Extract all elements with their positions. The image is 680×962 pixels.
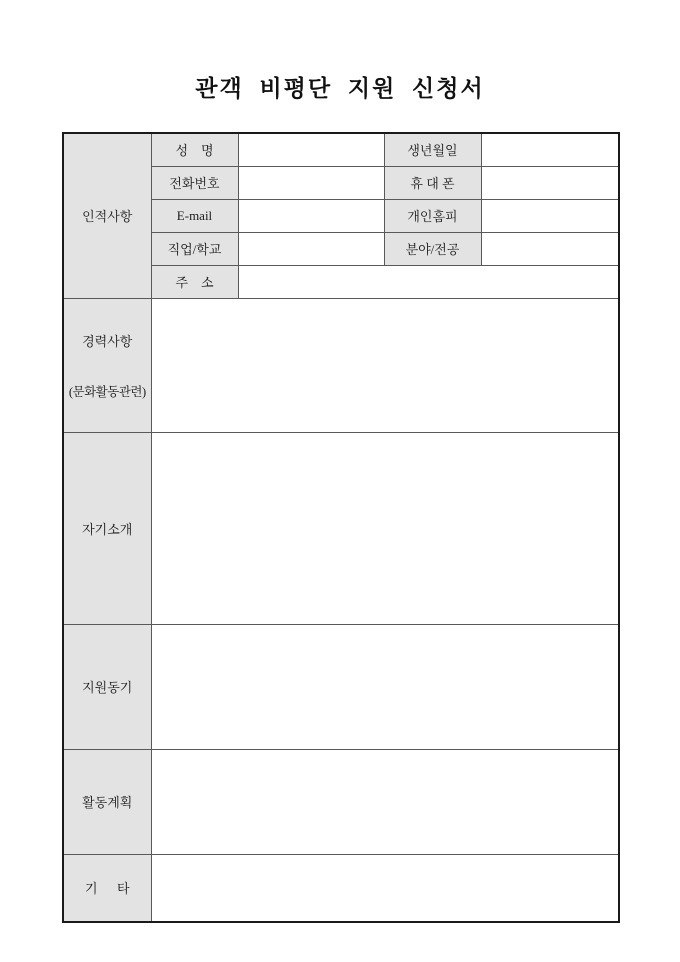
field-label-phone: 전화번호 [151, 166, 238, 199]
name-input-cell[interactable] [238, 133, 384, 166]
page-title: 관객 비평단 지원 신청서 [0, 70, 680, 103]
motivation-input-cell[interactable] [151, 624, 619, 749]
field-label-field-major: 분야/전공 [384, 232, 481, 265]
activity-plan-input-cell[interactable] [151, 749, 619, 854]
field-label-mobile: 휴 대 폰 [384, 166, 481, 199]
table-row: 활동계획 [63, 749, 619, 854]
address-input-cell[interactable] [238, 265, 619, 298]
section-label-self-introduction: 자기소개 [63, 432, 151, 624]
table-row: 기 타 [63, 854, 619, 922]
field-label-address: 주 소 [151, 265, 238, 298]
field-label-occupation-school: 직업/학교 [151, 232, 238, 265]
field-label-email: E-mail [151, 199, 238, 232]
section-label-personal-info: 인적사항 [63, 133, 151, 298]
career-input-cell[interactable] [151, 298, 619, 432]
document-page: 관객 비평단 지원 신청서 인적사항 성 명 생년월일 전화번호 휴 대 폰 E… [0, 0, 680, 962]
occupation-school-input-cell[interactable] [238, 232, 384, 265]
application-form-table: 인적사항 성 명 생년월일 전화번호 휴 대 폰 E-mail 개인홈피 직업/… [62, 132, 620, 923]
mobile-input-cell[interactable] [481, 166, 619, 199]
self-introduction-input-cell[interactable] [151, 432, 619, 624]
field-label-homepage: 개인홈피 [384, 199, 481, 232]
etc-input-cell[interactable] [151, 854, 619, 922]
email-input-cell[interactable] [238, 199, 384, 232]
section-label-motivation: 지원동기 [63, 624, 151, 749]
homepage-input-cell[interactable] [481, 199, 619, 232]
field-label-name: 성 명 [151, 133, 238, 166]
section-label-career-line2: (문화활동관련) [64, 382, 151, 400]
table-row: 경력사항 (문화활동관련) [63, 298, 619, 432]
field-label-birthdate: 생년월일 [384, 133, 481, 166]
phone-input-cell[interactable] [238, 166, 384, 199]
section-label-etc: 기 타 [63, 854, 151, 922]
birthdate-input-cell[interactable] [481, 133, 619, 166]
table-row: 인적사항 성 명 생년월일 [63, 133, 619, 166]
table-row: 자기소개 [63, 432, 619, 624]
section-label-career: 경력사항 (문화활동관련) [63, 298, 151, 432]
field-major-input-cell[interactable] [481, 232, 619, 265]
section-label-activity-plan: 활동계획 [63, 749, 151, 854]
table-row: 지원동기 [63, 624, 619, 749]
section-label-career-line1: 경력사항 [64, 331, 151, 350]
